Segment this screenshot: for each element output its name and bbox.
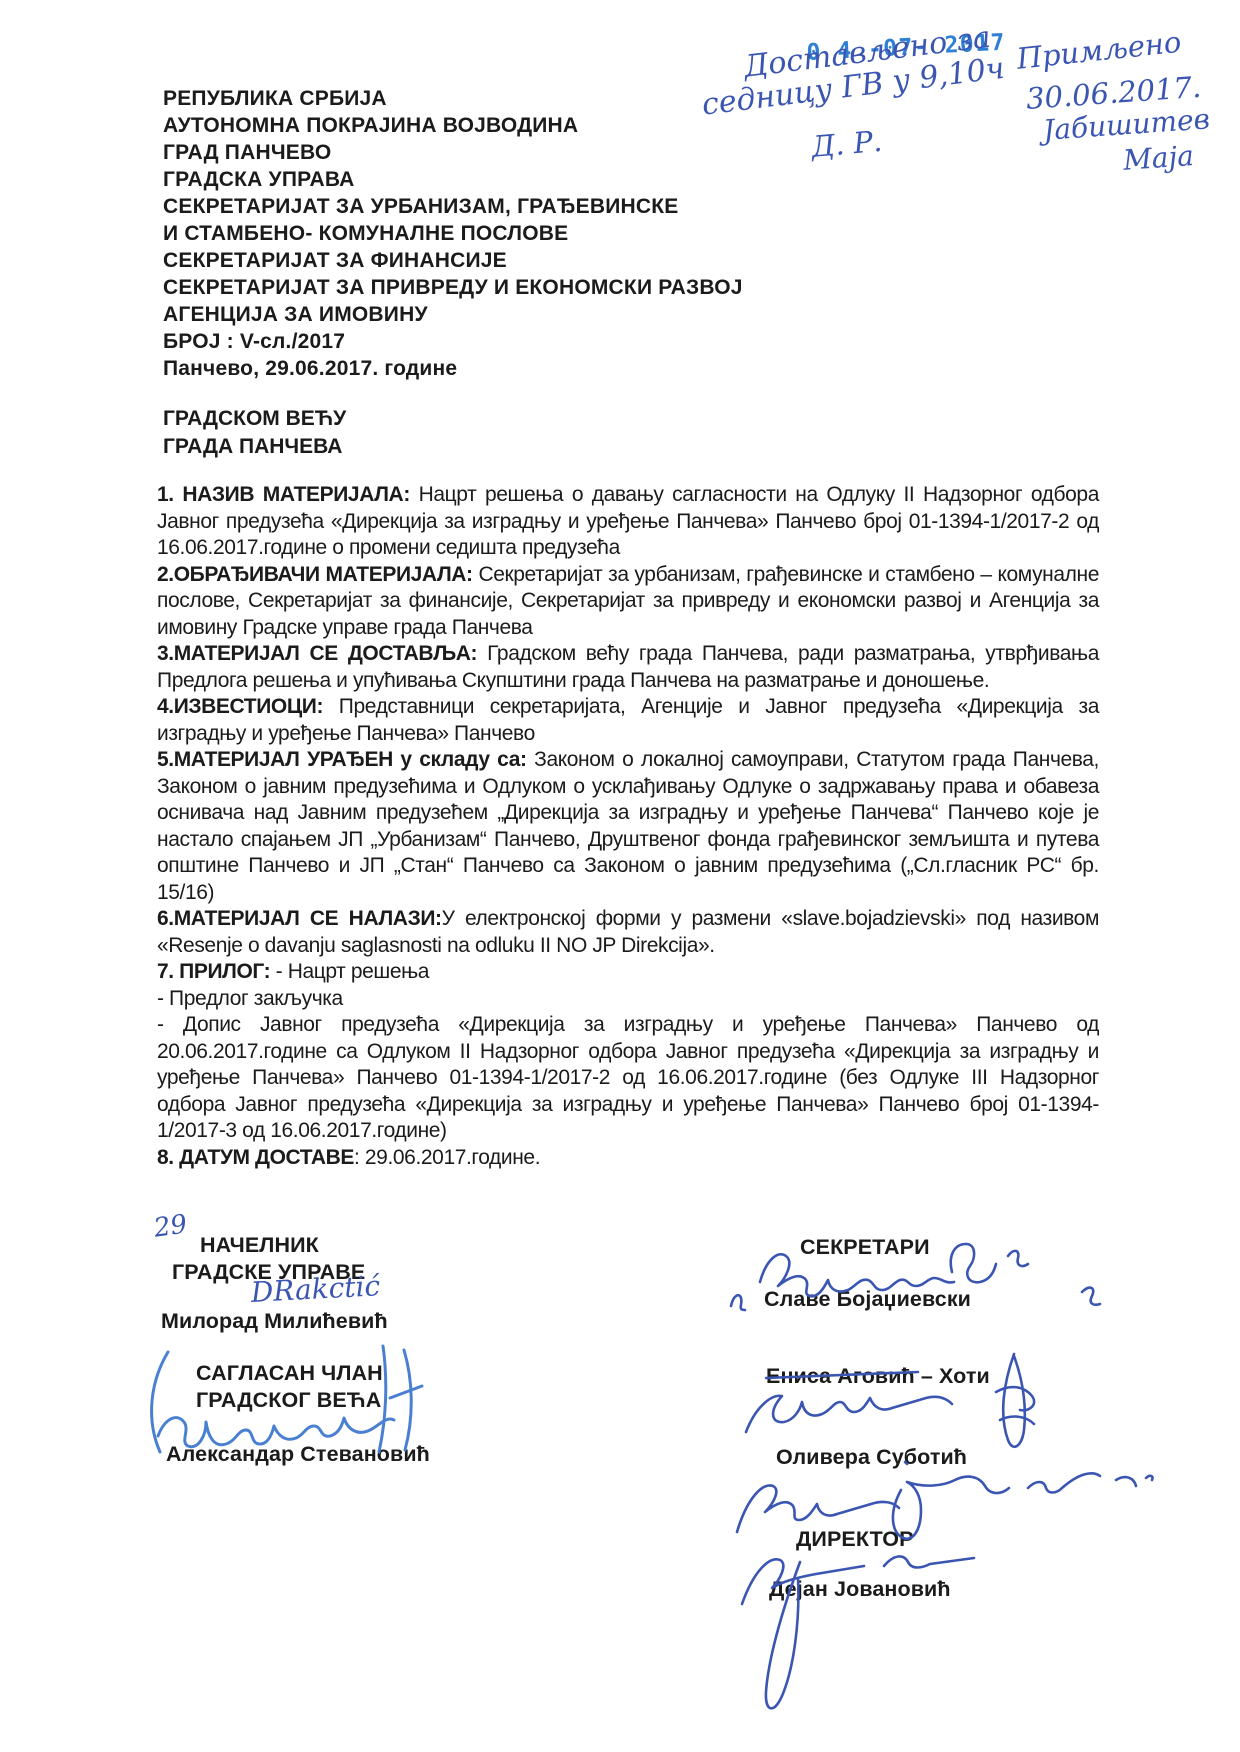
- document-body: 1. НАЗИВ МАТЕРИЈАЛА: Нацрт решења о дава…: [157, 482, 1099, 1171]
- section-label: 7. ПРИЛОГ:: [157, 960, 270, 983]
- body-section: 5.МАТЕРИЈАЛ УРАЂЕН у складу са: Законом …: [157, 747, 1099, 906]
- body-section: 6.МАТЕРИЈАЛ СЕ НАЛАЗИ:У електронској фор…: [157, 906, 1099, 959]
- letterhead-line: Панчево, 29.06.2017. године: [163, 355, 743, 382]
- section-text: - Предлог закључка: [157, 987, 343, 1010]
- handwritten-note-left-line3: Д. Р.: [810, 124, 883, 164]
- letterhead: РЕПУБЛИКА СРБИЈА АУТОНОМНА ПОКРАЈИНА ВОЈ…: [163, 85, 743, 382]
- name-olivera-subotic: Оливера Суботић: [776, 1445, 967, 1470]
- name-dejan-jovanovic: Дејан Јовановић: [769, 1577, 951, 1602]
- body-section: 1. НАЗИВ МАТЕРИЈАЛА: Нацрт решења о дава…: [157, 482, 1099, 562]
- section-label: 6.МАТЕРИЈАЛ СЕ НАЛАЗИ:: [157, 907, 442, 930]
- body-section: - Допис Јавног предузећа «Дирекција за и…: [157, 1012, 1099, 1145]
- section-label: 4.ИЗВЕСТИОЦИ:: [157, 695, 323, 718]
- letterhead-line: СЕКРЕТАРИЈАТ ЗА УРБАНИЗАМ, ГРАЂЕВИНСКЕ: [163, 193, 743, 220]
- body-section: 7. ПРИЛОГ: - Нацрт решења: [157, 959, 1099, 986]
- title-gradskog-veca: ГРАДСКОГ ВЕЋА: [196, 1388, 381, 1413]
- addressee-line: ГРАДСКОМ ВЕЋУ: [163, 405, 346, 433]
- title-direktor: ДИРЕКТОР: [796, 1527, 914, 1552]
- signature-milicevic: DRakctić: [250, 1269, 381, 1309]
- section-label: 1. НАЗИВ МАТЕРИЈАЛА:: [157, 483, 410, 506]
- section-label: 2.ОБРАЂИВАЧИ МАТЕРИЈАЛА:: [157, 563, 473, 586]
- section-text: Законом о локалној самоуправи, Статутом …: [157, 748, 1099, 904]
- body-section: - Предлог закључка: [157, 986, 1099, 1013]
- section-label: 5.МАТЕРИЈАЛ УРАЂЕН у складу са:: [157, 748, 527, 771]
- body-section: 4.ИЗВЕСТИОЦИ: Представници секретаријата…: [157, 694, 1099, 747]
- letterhead-line: ГРАД ПАНЧЕВО: [163, 139, 743, 166]
- section-label: 3.МАТЕРИЈАЛ СЕ ДОСТАВЉА:: [157, 642, 477, 665]
- letterhead-line: СЕКРЕТАРИЈАТ ЗА ФИНАНСИЈЕ: [163, 247, 743, 274]
- body-section: 2.ОБРАЂИВАЧИ МАТЕРИЈАЛА: Секретаријат за…: [157, 562, 1099, 642]
- body-section: 8. ДАТУМ ДОСТАВЕ: 29.06.2017.године.: [157, 1145, 1099, 1172]
- section-label: 8. ДАТУМ ДОСТАВЕ: [157, 1146, 354, 1169]
- letterhead-line: И СТАМБЕНО- КОМУНАЛНЕ ПОСЛОВЕ: [163, 220, 743, 247]
- body-section: 3.МАТЕРИЈАЛ СЕ ДОСТАВЉА: Градском већу г…: [157, 641, 1099, 694]
- title-nacelnik: НАЧЕЛНИК: [200, 1233, 319, 1258]
- name-aleksandar-stevanovic: Александар Стевановић: [166, 1442, 430, 1467]
- name-slave-bojadzievski: Славе Бојаџиевски: [764, 1287, 971, 1312]
- section-text: - Допис Јавног предузећа «Дирекција за и…: [157, 1013, 1099, 1142]
- letterhead-line: АГЕНЦИЈА ЗА ИМОВИНУ: [163, 301, 743, 328]
- name-milorad-milicevic: Милорад Милићевић: [161, 1309, 388, 1334]
- letterhead-line: СЕКРЕТАРИЈАТ ЗА ПРИВРЕДУ И ЕКОНОМСКИ РАЗ…: [163, 274, 743, 301]
- addressee: ГРАДСКОМ ВЕЋУ ГРАДА ПАНЧЕВА: [163, 405, 346, 460]
- addressee-line: ГРАДА ПАНЧЕВА: [163, 433, 346, 461]
- letterhead-line: ГРАДСКА УПРАВА: [163, 166, 743, 193]
- name-enisa-agovic-hoti: Ениса Аговић – Хоти: [766, 1364, 990, 1389]
- section-text: - Нацрт решења: [270, 960, 429, 983]
- title-saglasan-clan: САГЛАСАН ЧЛАН: [196, 1361, 383, 1386]
- section-text: : 29.06.2017.године.: [354, 1146, 540, 1169]
- title-sekretari: СЕКРЕТАРИ: [800, 1235, 930, 1260]
- handwritten-note-right-line4: Маја: [1122, 139, 1195, 177]
- handwritten-margin-number: 29: [152, 1209, 189, 1243]
- letterhead-line: АУТОНОМНА ПОКРАЈИНА ВОЈВОДИНА: [163, 112, 743, 139]
- document-page: РЕПУБЛИКА СРБИЈА АУТОНОМНА ПОКРАЈИНА ВОЈ…: [0, 0, 1240, 1752]
- letterhead-line: БРОЈ : V-сл./2017: [163, 328, 743, 355]
- letterhead-line: РЕПУБЛИКА СРБИЈА: [163, 85, 743, 112]
- handwritten-note-right-line1: Примљено: [1015, 25, 1183, 76]
